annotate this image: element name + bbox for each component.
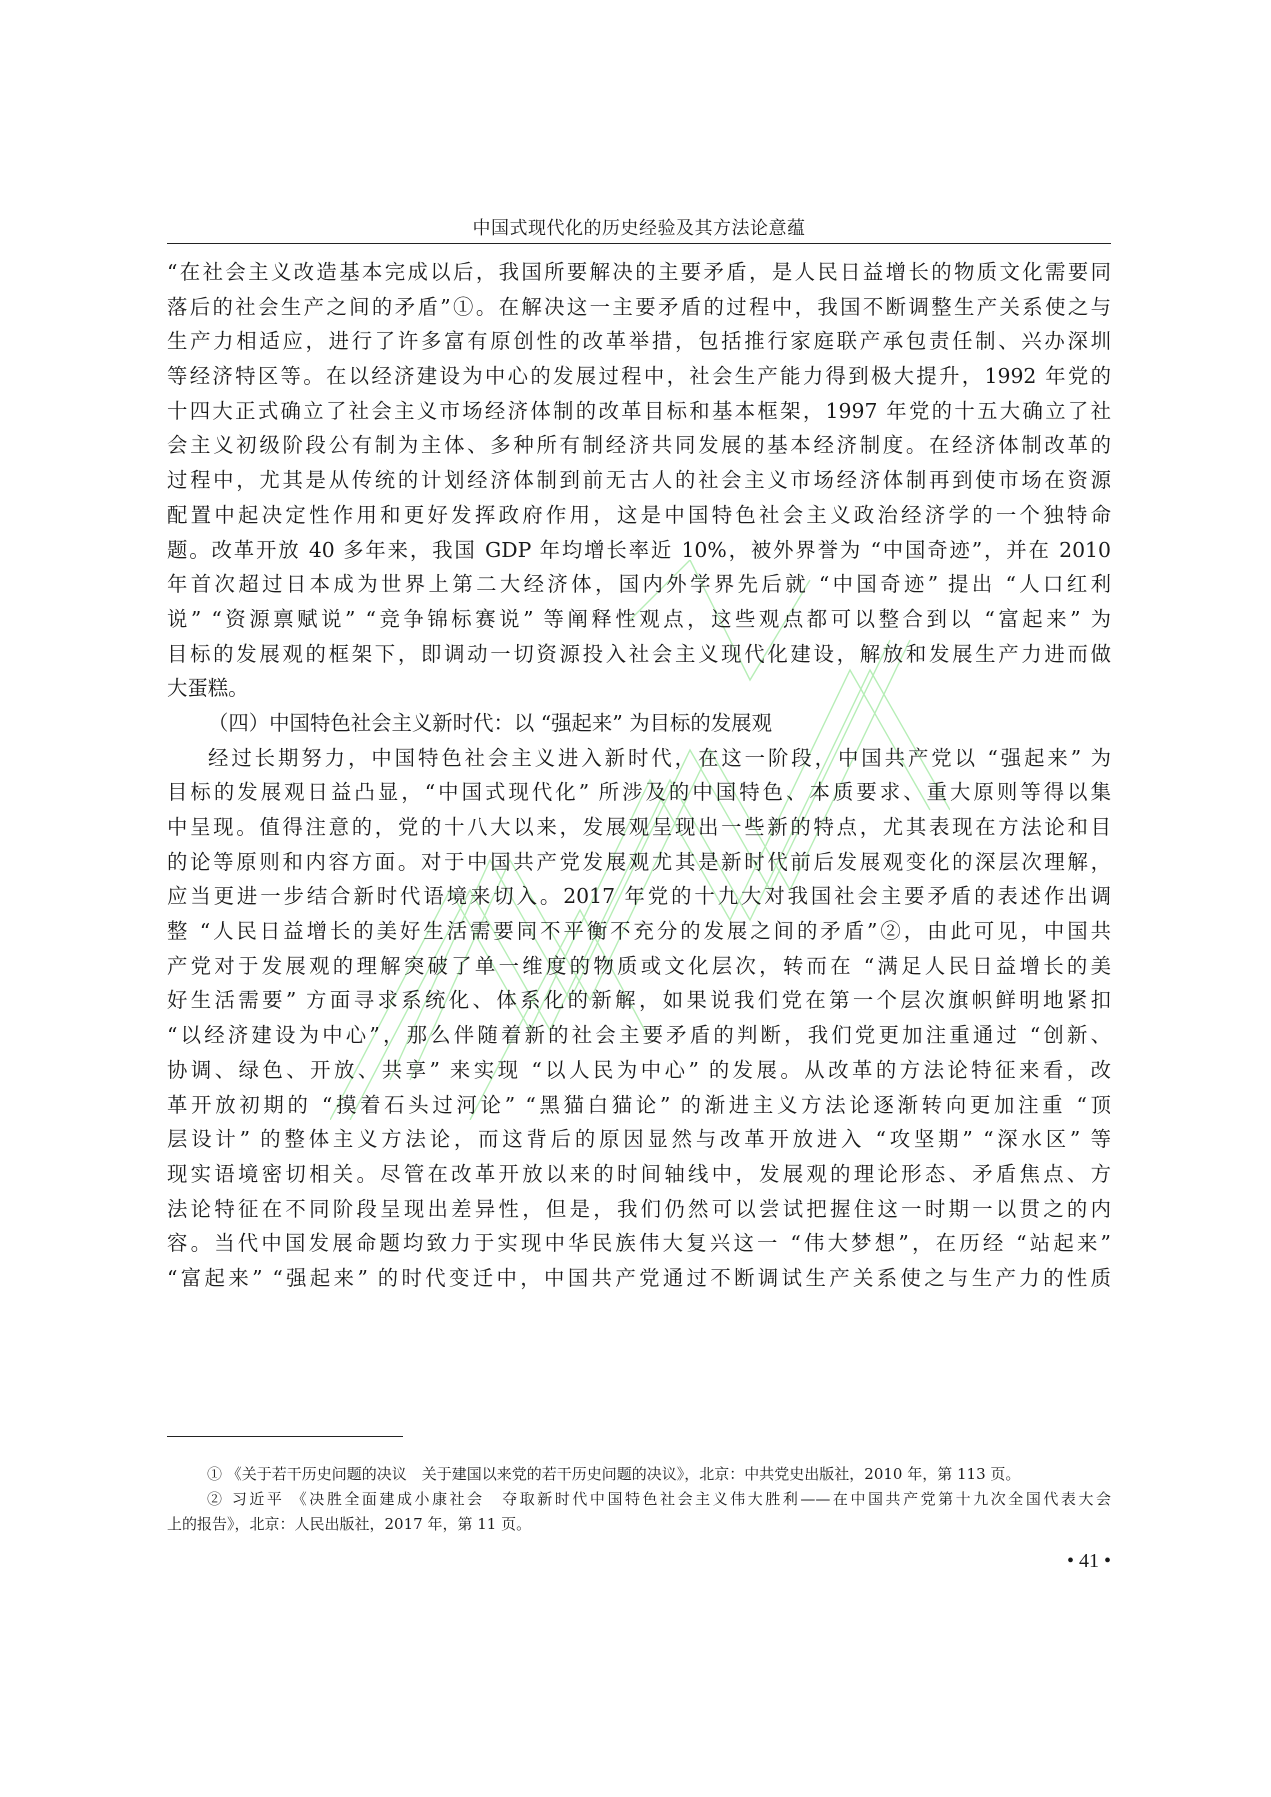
body-line: 容。当代中国发展命题均致力于实现中华民族伟大复兴这一 “伟大梦想”，在历经 “站… [167, 1226, 1111, 1261]
body-line: 配置中起决定性作用和更好发挥政府作用，这是中国特色社会主义政治经济学的一个独特命 [167, 498, 1111, 533]
body-line: 十四大正式确立了社会主义市场经济体制的改革目标和基本框架，1997 年党的十五大… [167, 394, 1111, 429]
body-line: 等经济特区等。在以经济建设为中心的发展过程中，社会生产能力得到极大提升，1992… [167, 359, 1111, 394]
body-line: 层设计” 的整体主义方法论，而这背后的原因显然与改革开放进入 “攻坚期” “深水… [167, 1122, 1111, 1157]
footnote-2-continued: 上的报告》，北京：人民出版社，2017 年，第 11 页。 [167, 1512, 1111, 1537]
body-line: 题。改革开放 40 多年来，我国 GDP 年均增长率近 10%，被外界誉为 “中… [167, 533, 1111, 568]
footnote-divider [167, 1436, 403, 1437]
body-line: 说” “资源禀赋说” “竞争锦标赛说” 等阐释性观点，这些观点都可以整合到以 “… [167, 602, 1111, 637]
section-heading: （四）中国特色社会主义新时代：以 “强起来” 为目标的发展观 [167, 706, 1111, 741]
body-line: 的论等原则和内容方面。对于中国共产党发展观尤其是新时代前后发展观变化的深层次理解… [167, 845, 1111, 880]
body-line: 中呈现。值得注意的，党的十八大以来，发展观呈现出一些新的特点，尤其表现在方法论和… [167, 810, 1111, 845]
body-line: 年首次超过日本成为世界上第二大经济体，国内外学界先后就 “中国奇迹” 提出 “人… [167, 567, 1111, 602]
body-line: 大蛋糕。 [167, 671, 1111, 706]
body-line: 落后的社会生产之间的矛盾”①。在解决这一主要矛盾的过程中，我国不断调整生产关系使… [167, 290, 1111, 325]
footnotes: ① 《关于若干历史问题的决议 关于建国以来党的若干历史问题的决议》，北京：中共党… [167, 1462, 1111, 1537]
body-line: “在社会主义改造基本完成以后，我国所要解决的主要矛盾，是人民日益增长的物质文化需… [167, 255, 1111, 290]
body-line: 现实语境密切相关。尽管在改革开放以来的时间轴线中，发展观的理论形态、矛盾焦点、方 [167, 1157, 1111, 1192]
article-body: “在社会主义改造基本完成以后，我国所要解决的主要矛盾，是人民日益增长的物质文化需… [167, 255, 1111, 1296]
page-number: • 41 • [1040, 1550, 1111, 1573]
body-line: 协调、绿色、开放、共享” 来实现 “以人民为中心” 的发展。从改革的方法论特征来… [167, 1053, 1111, 1088]
footnote-1: ① 《关于若干历史问题的决议 关于建国以来党的若干历史问题的决议》，北京：中共党… [167, 1462, 1111, 1487]
body-line: 目标的发展观日益凸显，“中国式现代化” 所涉及的中国特色、本质要求、重大原则等得… [167, 775, 1111, 810]
running-header: 中国式现代化的历史经验及其方法论意蕴 [167, 214, 1111, 240]
body-line: 整 “人民日益增长的美好生活需要同不平衡不充分的发展之间的矛盾”②，由此可见，中… [167, 914, 1111, 949]
body-line: 产党对于发展观的理解突破了单一维度的物质或文化层次，转而在 “满足人民日益增长的… [167, 949, 1111, 984]
body-line: “富起来” “强起来” 的时代变迁中，中国共产党通过不断调试生产关系使之与生产力… [167, 1261, 1111, 1296]
body-line: “以经济建设为中心”，那么伴随着新的社会主要矛盾的判断，我们党更加注重通过 “创… [167, 1018, 1111, 1053]
body-line: 好生活需要” 方面寻求系统化、体系化的新解，如果说我们党在第一个层次旗帜鲜明地紧… [167, 983, 1111, 1018]
body-line: 生产力相适应，进行了许多富有原创性的改革举措，包括推行家庭联产承包责任制、兴办深… [167, 324, 1111, 359]
body-line: 过程中，尤其是从传统的计划经济体制到前无古人的社会主义市场经济体制再到使市场在资… [167, 463, 1111, 498]
body-line: 会主义初级阶段公有制为主体、多种所有制经济共同发展的基本经济制度。在经济体制改革… [167, 428, 1111, 463]
footnote-2: ② 习近平 《决胜全面建成小康社会 夺取新时代中国特色社会主义伟大胜利——在中国… [167, 1487, 1111, 1512]
body-line: 法论特征在不同阶段呈现出差异性，但是，我们仍然可以尝试把握住这一时期一以贯之的内 [167, 1192, 1111, 1227]
body-line: 目标的发展观的框架下，即调动一切资源投入社会主义现代化建设，解放和发展生产力进而… [167, 637, 1111, 672]
body-line: 经过长期努力，中国特色社会主义进入新时代，在这一阶段，中国共产党以 “强起来” … [167, 741, 1111, 776]
body-line: 革开放初期的 “摸着石头过河论” “黑猫白猫论” 的渐进主义方法论逐渐转向更加注… [167, 1088, 1111, 1123]
header-divider [167, 243, 1111, 244]
body-line: 应当更进一步结合新时代语境来切入。2017 年党的十九大对我国社会主要矛盾的表述… [167, 879, 1111, 914]
